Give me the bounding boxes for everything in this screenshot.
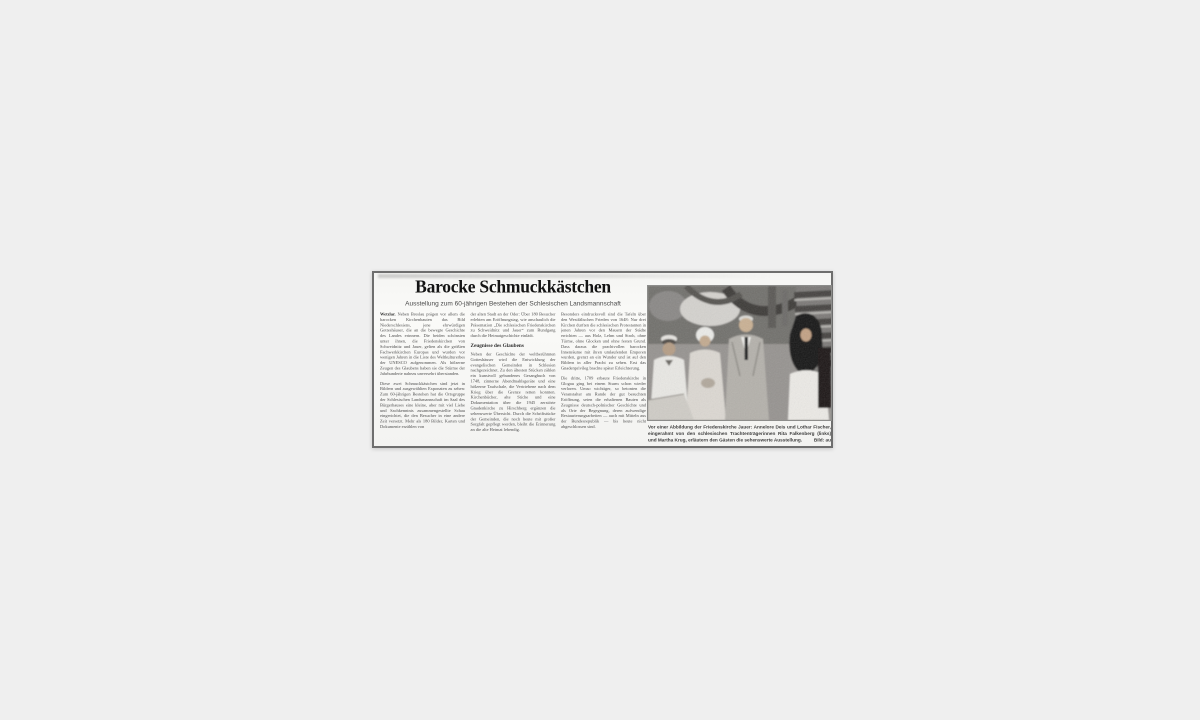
paragraph: Wetzlar. Neben Breslau prägen vor allem … [380,312,465,377]
sub-headline: Ausstellung zum 60-jährigen Bestehen der… [380,300,646,307]
crosshead: Zeugnisse des Glaubens [471,343,556,349]
paragraph: Besonders eindrucksvoll sind die Tafeln … [561,312,646,371]
paragraph: der alten Stadt an der Oder: Über 180 Be… [471,312,556,339]
paragraph: Neben der Geschichte der weltberühmten G… [471,351,556,432]
photo-caption-text: Vor einer Abbildung der Friedenskirche J… [648,424,831,442]
article-text-zone: Barocke Schmuckkästchen Ausstellung zum … [380,277,646,448]
article-column-2: der alten Stadt an der Oder: Über 180 Be… [471,312,556,442]
halftone-grain-overlay [648,286,831,420]
headline: Barocke Schmuckkästchen [380,277,646,297]
article-photo: Vor einer Abbildung der Friedenskirche J… [648,286,831,462]
photo-credit: Bild: au [810,437,831,443]
article-columns: Wetzlar. Neben Breslau prägen vor allem … [380,312,646,442]
photo-caption: Vor einer Abbildung der Friedenskirche J… [648,424,831,443]
paragraph: Die dritte, 1709 erbaute Friedenskirche … [561,375,646,429]
article-column-3: Besonders eindrucksvoll sind die Tafeln … [561,312,646,442]
photo-image-church-interior-group [648,286,831,420]
paragraph-text: Neben Breslau prägen vor allem die baroc… [380,312,465,376]
newspaper-clipping: Barocke Schmuckkästchen Ausstellung zum … [372,271,833,448]
dateline: Wetzlar. [380,312,396,317]
desktop-background: { "page": { "background_color": "#efefef… [0,0,1200,720]
paragraph: Diese zwei Schmuckkästchen sind jetzt in… [380,381,465,430]
article-column-1: Wetzlar. Neben Breslau prägen vor allem … [380,312,465,442]
